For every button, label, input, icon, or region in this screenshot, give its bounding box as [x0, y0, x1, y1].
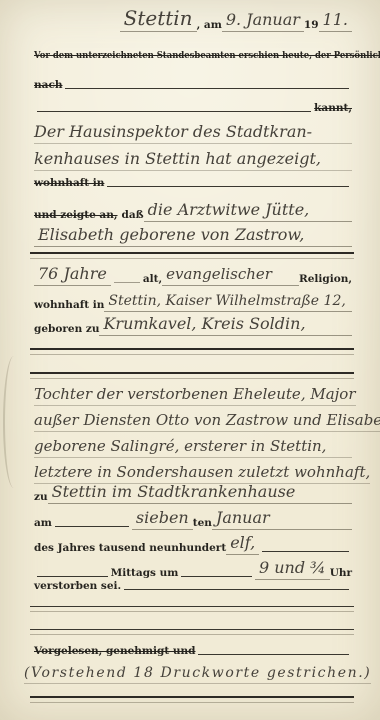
death-time-line: Mittags um 9 und ¾ Uhr	[34, 558, 352, 580]
century-label: 19	[304, 20, 319, 32]
am-label: , am	[197, 20, 222, 32]
alt-label: alt,	[143, 274, 162, 286]
blank-line	[55, 526, 129, 527]
parents-handwriting-1: Tochter der verstorbenen Eheleute, Major	[34, 385, 356, 403]
age-handwriting: 76 Jahre	[38, 264, 107, 283]
religion-entry: evangelischer	[162, 264, 299, 286]
wohnhaft-struck-line: wohnhaft in	[34, 178, 352, 190]
deceased-name-entry: die Arztwitwe Jütte,	[144, 200, 352, 222]
year-word-entry: elf,	[226, 533, 259, 555]
date-line: Stettin , am 9. Januar 19 11.	[34, 8, 352, 32]
age-religion-line: 76 Jahre alt, evangelischer Religion,	[34, 264, 352, 286]
deceased-name-handwriting: die Arztwitwe Jütte,	[148, 200, 310, 219]
blank-line	[181, 576, 252, 577]
uhr-label: Uhr	[330, 568, 352, 580]
day-entry: sieben	[132, 508, 193, 530]
blank-line	[114, 282, 140, 283]
year-label: des Jahres tausend neunhundert	[34, 543, 226, 555]
struck-zeigte-text: und zeigte an,	[34, 210, 118, 222]
struck-wohnhaft-text: wohnhaft in	[34, 178, 104, 190]
struck-kannt-text: kannt,	[314, 103, 352, 115]
verstorben-line: verstorben sei.	[34, 581, 352, 593]
notice-line-2: Elisabeth geborene von Zastrow,	[34, 225, 352, 247]
place-handwriting: Stettin	[124, 6, 193, 30]
parents-line-4: letztere in Sondershausen zuletzt wohnha…	[34, 462, 352, 484]
blank-line	[124, 589, 349, 590]
intro-line-1: Vor dem unterzeichneten Standesbeamten e…	[34, 52, 352, 62]
month-entry: Januar	[212, 508, 352, 530]
ten-label: ten	[193, 518, 212, 530]
birthplace-handwriting: Krumkavel, Kreis Soldin,	[103, 314, 305, 333]
blank-line	[37, 576, 108, 577]
birthplace-label: geboren zu	[34, 324, 99, 336]
scan-crease	[3, 356, 21, 488]
year-word-handwriting: elf,	[230, 533, 255, 552]
intro-line-2: nach	[34, 80, 352, 92]
month-handwriting: Januar	[216, 508, 270, 527]
blank-line	[107, 186, 349, 187]
parents-handwriting-4: letztere in Sondershausen zuletzt wohnha…	[34, 463, 370, 481]
death-place-entry: Stettin im Stadtkrankenhause	[48, 482, 352, 504]
parents-entry: geborene Salingré, ersterer in Stettin,	[34, 436, 352, 458]
blank-ruled-row	[30, 629, 354, 635]
blank-line	[65, 88, 349, 89]
struck-vorgelesen-text: Vorgelesen, genehmigt und	[34, 646, 195, 658]
residence-entry: Stettin, Kaiser Wilhelmstraße 12,	[104, 290, 352, 312]
declarant-entry: Der Hausinspektor des Stadtkran-	[34, 122, 352, 144]
declarant-entry: kenhauses in Stettin hat angezeigt,	[34, 149, 352, 171]
time-entry: 9 und ¾	[255, 558, 330, 580]
blank-line	[262, 551, 349, 552]
day-handwriting: sieben	[136, 508, 189, 527]
year-handwriting: 11.	[323, 10, 348, 29]
parents-handwriting-3: geborene Salingré, ersterer in Stettin,	[34, 437, 326, 455]
parents-line-2: außer Diensten Otto von Zastrow und Elis…	[34, 410, 352, 432]
mittags-label: Mittags um	[111, 568, 179, 580]
religion-label: Religion,	[299, 274, 352, 286]
age-entry: 76 Jahre	[34, 264, 111, 286]
time-handwriting: 9 und ¾	[259, 558, 326, 577]
parents-entry: Tochter der verstorbenen Eheleute, Major	[34, 384, 356, 406]
zu-label: zu	[34, 492, 48, 504]
note-handwriting: (Vorstehend 18 Druckworte gestrichen.)	[24, 665, 371, 681]
vorgelesen-line: Vorgelesen, genehmigt und	[34, 646, 352, 658]
struck-intro-text: Vor dem unterzeichneten Standesbeamten e…	[34, 52, 380, 62]
blank-ruled-row	[30, 372, 354, 379]
parents-line-1: Tochter der verstorbenen Eheleute, Major	[34, 384, 352, 406]
am-label-2: am	[34, 518, 52, 530]
maiden-name-handwriting: Elisabeth geborene von Zastrow,	[38, 225, 304, 244]
year-entry: 11.	[319, 10, 352, 32]
residence-line: wohnhaft in Stettin, Kaiser Wilhelmstraß…	[34, 290, 352, 312]
note-line: (Vorstehend 18 Druckworte gestrichen.)	[24, 662, 352, 684]
death-place-handwriting: Stettin im Stadtkrankenhause	[52, 482, 296, 501]
notice-line-1: und zeigte an, daß die Arztwitwe Jütte,	[34, 200, 352, 222]
declarant-handwriting-2: kenhauses in Stettin hat angezeigt,	[34, 149, 321, 168]
section-rule	[30, 252, 354, 259]
date-handwriting: 9. Januar	[226, 10, 300, 29]
maiden-name-entry: Elisabeth geborene von Zastrow,	[34, 225, 352, 247]
struck-nach-text: nach	[34, 80, 62, 92]
residence-handwriting: Stettin, Kaiser Wilhelmstraße 12,	[108, 293, 345, 309]
closing-rule	[30, 696, 354, 703]
declarant-line-1: Der Hausinspektor des Stadtkran-	[34, 122, 352, 144]
blank-ruled-row	[30, 606, 354, 612]
parents-entry: letztere in Sondershausen zuletzt wohnha…	[34, 462, 370, 484]
death-day-line: am sieben ten Januar	[34, 508, 352, 530]
residence-label: wohnhaft in	[34, 300, 104, 312]
declarant-line-2: kenhauses in Stettin hat angezeigt,	[34, 149, 352, 171]
note-entry: (Vorstehend 18 Druckworte gestrichen.)	[24, 662, 371, 684]
religion-handwriting: evangelischer	[166, 265, 272, 283]
parents-entry: außer Diensten Otto von Zastrow und Elis…	[34, 410, 380, 432]
death-year-line: des Jahres tausend neunhundert elf,	[34, 533, 352, 555]
parents-handwriting-2: außer Diensten Otto von Zastrow und Elis…	[34, 411, 380, 429]
parents-line-3: geborene Salingré, ersterer in Stettin,	[34, 436, 352, 458]
birthplace-entry: Krumkavel, Kreis Soldin,	[99, 314, 352, 336]
blank-line	[37, 111, 311, 112]
blank-ruled-row	[30, 348, 354, 355]
date-entry: 9. Januar	[222, 10, 304, 32]
death-place-line: zu Stettin im Stadtkrankenhause	[34, 482, 352, 504]
dass-label: daß	[122, 210, 144, 222]
verstorben-label: verstorben sei.	[34, 581, 121, 593]
declarant-handwriting-1: Der Hausinspektor des Stadtkran-	[34, 122, 312, 141]
birthplace-line: geboren zu Krumkavel, Kreis Soldin,	[34, 314, 352, 336]
place-entry: Stettin	[120, 8, 197, 32]
intro-line-3: kannt,	[34, 103, 352, 115]
blank-line	[198, 654, 349, 655]
death-register-form: Stettin , am 9. Januar 19 11. Vor dem un…	[0, 0, 380, 720]
